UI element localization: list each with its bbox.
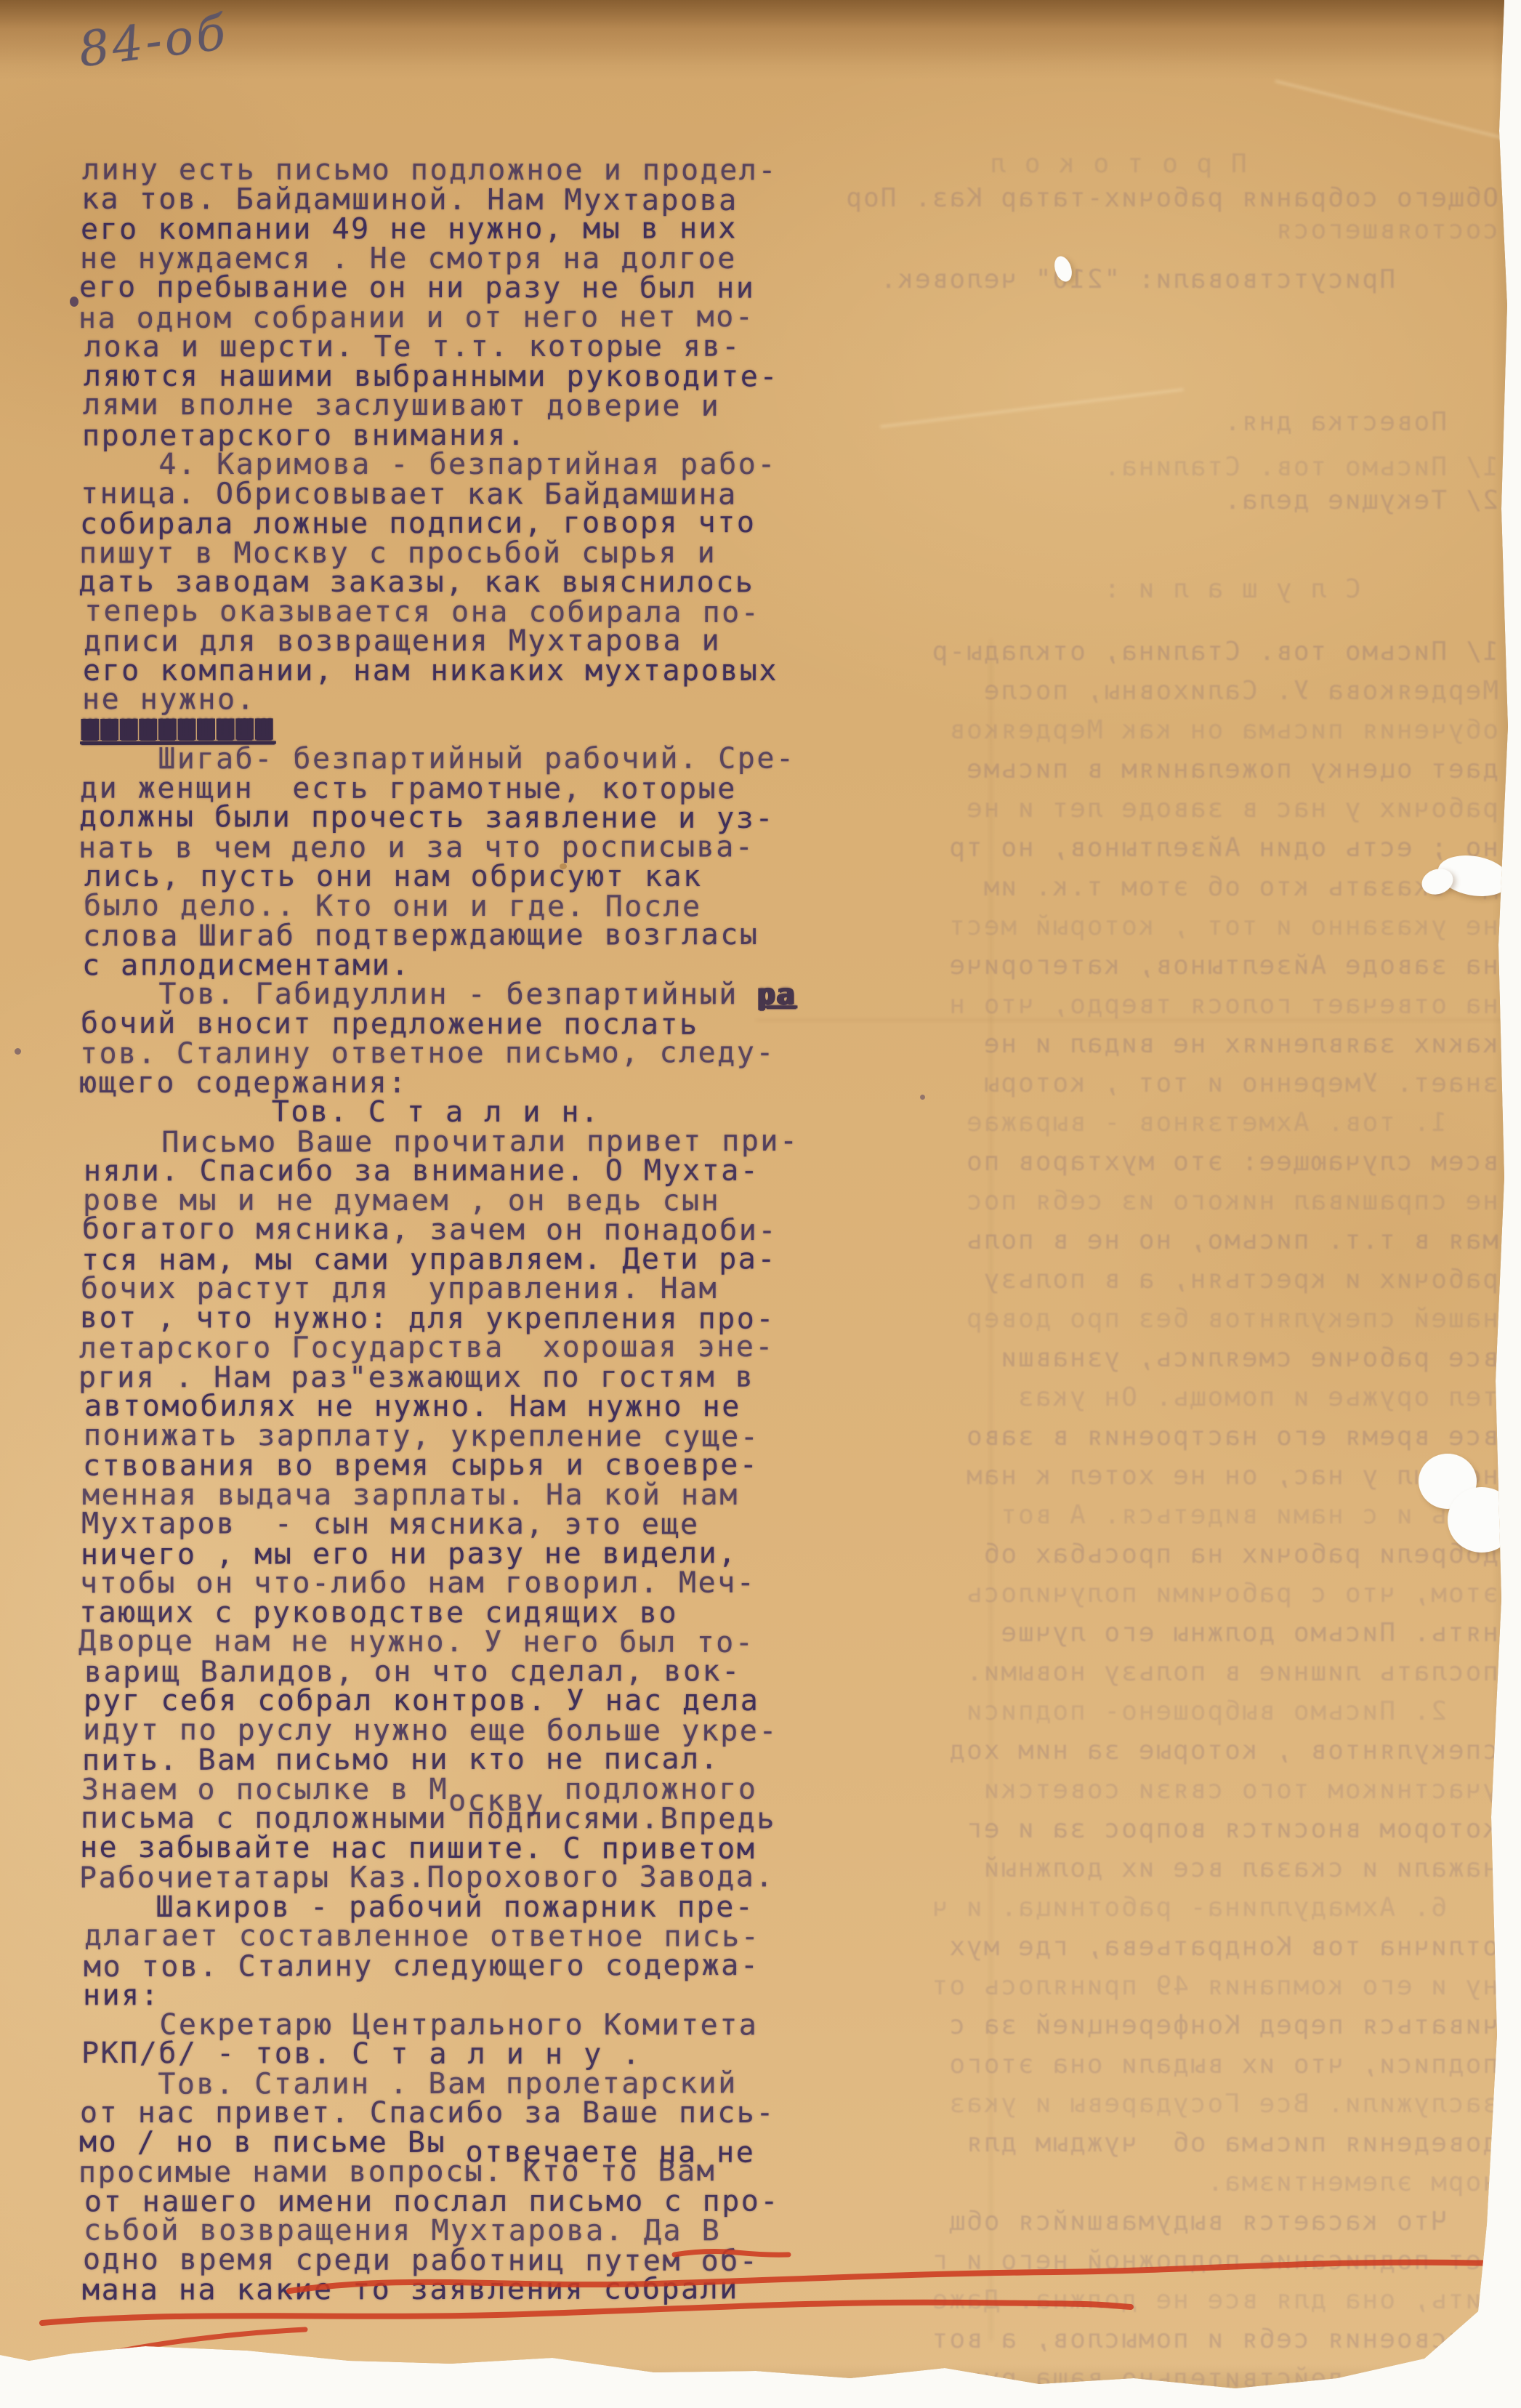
- bleedthrough-line: знает. Умеренно и тот , которы: [983, 1068, 1498, 1098]
- typed-text: няли. Спасибо за внимание. О Мухта-: [84, 1154, 759, 1188]
- typed-line: няли. Спасибо за внимание. О Мухта-: [84, 1156, 810, 1186]
- typed-line: понижать зарплату, укрепление суще-: [84, 1420, 810, 1451]
- typed-line: лями вполне заслушивают доверие и: [83, 390, 810, 422]
- bleedthrough-line: отлична тов Кондратьева, где мух: [948, 1932, 1498, 1962]
- bleedthrough-line: подписи, что их выдали она этого: [948, 2050, 1498, 2079]
- typed-line: мо / но в письме Вы отвечаете на не: [79, 2127, 806, 2158]
- typed-line: рове мы и не думаем , он ведь сын: [83, 1185, 810, 1215]
- typed-line: чтобы он что-либо нам говорил. Меч-: [80, 1569, 807, 1598]
- typed-line: ди женщин есть грамотные, которые: [80, 773, 807, 803]
- typed-line: ния:: [83, 1981, 810, 2010]
- vertical-crease: [990, 640, 992, 2340]
- horizontal-crease: [756, 1019, 1512, 1021]
- bleedthrough-line: каких заявлениях не видал и не: [983, 1029, 1498, 1059]
- bleedthrough-line: доведения письма об чуждым для: [965, 2128, 1498, 2158]
- typed-line: пить. Вам письмо ни кто не писал.: [82, 1744, 809, 1776]
- typed-line: слова Шигаб подтверждающие возгласы: [83, 920, 810, 951]
- corner-crease: [1275, 80, 1509, 140]
- typed-line: тся нам, мы сами управляем. Дети ра-: [81, 1244, 808, 1275]
- typed-line: Тов. Габидуллин - безпартийный ра: [81, 980, 808, 1010]
- bleedthrough-line: но ; есть один Айзелтынов, но тр: [948, 833, 1498, 863]
- bleedthrough-line: все время его настроения в заво: [965, 1422, 1498, 1451]
- typed-line: Тов. С т а л и н.: [78, 1097, 805, 1127]
- typed-line: его пребывание он ни разу не был ни: [79, 273, 806, 303]
- paper-bottom-shadow: [0, 2364, 1521, 2408]
- typed-text: ния:: [83, 1978, 160, 2012]
- typed-line: пролетарского внимания.: [82, 420, 809, 451]
- typed-line: 4. Каримова - безпартийная рабо-: [81, 450, 808, 480]
- bleedthrough-line: нет подписание подложной него и г: [931, 2246, 1498, 2276]
- bleedthrough-text: П р о т о к о лОбщего собрания рабочих-т…: [718, 0, 1517, 2408]
- typed-line: от нас привет. Спасибо за Ваше пись-: [80, 2098, 807, 2128]
- typed-line: Мухтаров - сын мясника, это еще: [81, 1509, 808, 1539]
- typed-text: мо тов. Сталину следующего содержа-: [84, 1948, 759, 1983]
- typed-line: мо тов. Сталину следующего содержа-: [84, 1950, 810, 1981]
- typed-text: руг себя собрал контров. У нас дела: [84, 1684, 759, 1718]
- typed-line: менная выдача зарплаты. На кой нам: [82, 1481, 809, 1510]
- typed-line: Секретарю Центрального Комитета: [82, 2010, 809, 2039]
- typed-line: мана на какие то заявления собрали: [82, 2274, 809, 2305]
- typed-text: лись, пусть они нам обрисуют как: [84, 860, 703, 893]
- typed-line: на одном собрании и от него нет мо-: [78, 302, 805, 333]
- bleedthrough-line: не указанно и тот , который мест: [948, 911, 1498, 941]
- typed-line: богатого мясника, зачем он понадоби-: [82, 1215, 809, 1246]
- typed-line: ствования во время сырья и своевре-: [83, 1450, 810, 1481]
- typed-text-column: лину есть письмо подложное и продел-ка т…: [81, 156, 808, 2305]
- typed-line: Знаем о посылке в Москву подложного: [81, 1774, 808, 1804]
- typed-text: мо / но в письме Вы: [79, 2125, 466, 2159]
- bleedthrough-line: присвоения себя и помыслов, а вот: [931, 2324, 1498, 2354]
- bleedthrough-line: Присутствовали: "210" человек.: [879, 265, 1498, 294]
- typed-line: Рабочиетатары Каз.Порохового Завода.: [79, 1862, 806, 1893]
- typed-line: руг себя собрал контров. У нас дела: [84, 1686, 810, 1716]
- bleedthrough-line: нажали и сказал все их должный: [983, 1853, 1498, 1883]
- typed-line: с аплодисментами.: [82, 950, 809, 980]
- bleedthrough-line: дать и с нами видеться. А вот: [999, 1500, 1498, 1530]
- typed-line: ющего содержания:: [79, 1068, 806, 1098]
- typed-line: ляются нашими выбранными руководите-: [84, 361, 810, 391]
- typed-line: ргия . Нам раз"езжающих по гостям в: [78, 1362, 805, 1392]
- bleedthrough-line: тел оружье и помощь. Он указ: [1017, 1382, 1498, 1412]
- typed-line: варищ Валидов, он что сделал, вок-: [84, 1656, 811, 1687]
- typed-text: лями вполне заслушивают доверие и: [83, 388, 720, 423]
- typed-text: лока и шерсти. Те т.т. которые яв-: [84, 330, 741, 364]
- bleedthrough-line: ну и его компания 49 принялось от: [931, 1971, 1498, 2001]
- typed-line: письма с подложными подписями.Впредь: [81, 1804, 807, 1834]
- typed-text: подложного: [545, 1772, 757, 1805]
- bleedthrough-line: нять. Письмо должны его лучше: [999, 1618, 1498, 1648]
- typed-line: летарского Государства хорошая эне-: [79, 1332, 806, 1364]
- paper-stain-speck: [560, 863, 567, 869]
- bleedthrough-line: Мердеякова У. Салиховны, после: [983, 676, 1498, 706]
- typed-text: мана на какие то заявления собрали: [82, 2272, 739, 2306]
- ink-speck: [920, 1095, 925, 1100]
- bleedthrough-line: на отвечает голося твердо, что н: [948, 990, 1498, 1020]
- typed-line: лину есть письмо подложное и продел-: [82, 156, 809, 185]
- bleedthrough-line: рабочих и крестьян, а в пользу: [983, 1265, 1498, 1294]
- bleedthrough-line: 1. тов. Ахметзянов - выражае: [965, 1108, 1498, 1137]
- bleedthrough-line: чиваться перед Конференцией за с: [948, 2010, 1498, 2040]
- typed-line: теперь оказывается она собирала по-: [84, 596, 811, 627]
- bleedthrough-line: рабочих у нас в заводе лет и не: [965, 794, 1498, 824]
- bleedthrough-line: спекулянтов , которые за ним ход: [948, 1736, 1498, 1765]
- typed-line: ка тов. Байдамшиной. Нам Мухтарова: [81, 184, 808, 215]
- typed-line: ШШШШШШШШШШ: [81, 714, 808, 745]
- bleedthrough-line: не спрашивал никого из себя пос: [965, 1186, 1498, 1216]
- typed-line: тающих с руководстве сидящих во: [79, 1598, 806, 1627]
- bleedthrough-line: норм элементизма.: [1206, 2167, 1498, 2197]
- typed-line: пишут в Москву с просьбой сырья и: [79, 538, 806, 568]
- bleedthrough-line: послать лишние в пользу новыми.: [965, 1657, 1498, 1687]
- typed-text: Шигаб- безпартийный рабочий. Сре-: [81, 742, 796, 776]
- bleedthrough-line: обучения письма он как Мердеяков: [948, 715, 1498, 745]
- scanned-archive-sheet: { "meta": { "folio_note": "84-об", "desc…: [0, 0, 1521, 2408]
- typed-line: было дело.. Кто они и где. После: [84, 891, 810, 922]
- typed-line: лись, пусть они нам обрисуют как: [84, 862, 811, 892]
- typed-line: не нуждаемся . Не смотря на долгое: [80, 244, 807, 274]
- ink-speck: [15, 1048, 21, 1055]
- typed-line: ничего , мы его ни разу не видели,: [81, 1538, 807, 1569]
- typed-line: автомобилях не нужно. Нам нужно не: [84, 1392, 811, 1422]
- document-page: 84-об лину есть письмо подложное и проде…: [0, 0, 1521, 2408]
- bleedthrough-line: мая в т.т. письмо, но не в поль: [965, 1225, 1498, 1255]
- bleedthrough-line: 1/ Письмо тов. Сталина.: [1103, 452, 1499, 482]
- bleedthrough-line: все рабочие смеялись, узнавши: [999, 1343, 1498, 1373]
- typed-line: от нашего имени послал письмо с про-: [84, 2186, 811, 2216]
- typed-line: длагает составленное ответное пись-: [84, 1921, 811, 1952]
- typed-line: должны были прочесть заявление и уз-: [79, 802, 806, 834]
- typed-line: просимые нами вопросы. Кто то Вам: [78, 2157, 805, 2188]
- typed-text: от нас привет. Спасибо за Ваше пись-: [80, 2096, 775, 2130]
- bleedthrough-line: П р о т о к о л: [718, 149, 1517, 179]
- typed-line: идут по руслу нужно еще больше укре-: [83, 1715, 810, 1746]
- typed-line: его компании, нам никаких мухтаровых: [83, 656, 810, 686]
- bleedthrough-line: нашей спекулянтов без про довер: [965, 1304, 1498, 1334]
- bleedthrough-line: С л у ш а л и :: [1103, 574, 1499, 604]
- bleedthrough-line: до сказать кто об этом т.к. им: [983, 872, 1498, 902]
- typed-line: собирала ложные подписи, говоря что: [80, 508, 807, 539]
- typed-text: чтобы он что-либо нам говорил. Меч-: [80, 1566, 756, 1600]
- bleedthrough-line: состоявшегося: [1275, 215, 1498, 245]
- typed-line: не забывайте нас пишите. С приветом: [80, 1832, 807, 1864]
- typed-text: бочих растут для управления. Нам: [81, 1272, 718, 1305]
- bleedthrough-line: всем случающее: это мухтаров по: [965, 1147, 1498, 1177]
- typed-line: Дворце нам не нужно. У него был то-: [78, 1627, 805, 1658]
- paper-right-shadow: [1492, 0, 1521, 2408]
- mid-crease: [880, 388, 1183, 427]
- bleedthrough-line: дить, она для все не должна. Даже: [931, 2285, 1498, 2315]
- bleedthrough-line: 2. Письмо выброшено- подписи: [965, 1696, 1498, 1726]
- bleedthrough-line: 2/ Текущие дела.: [1223, 486, 1498, 515]
- typed-line: Шигаб- безпартийный рабочий. Сре-: [81, 744, 807, 774]
- bleedthrough-line: 1/ Письмо тов. Сталина, отклады-р: [931, 637, 1498, 667]
- typed-text: Тов. С т а л и н.: [78, 1095, 600, 1129]
- bleedthrough-line: этом, что с рабочими получилось: [965, 1579, 1498, 1608]
- bleedthrough-line: Повестка дня.: [1223, 407, 1498, 437]
- typed-line: тов. Сталину ответное письмо, следу-: [80, 1038, 807, 1068]
- typed-text: 4. Каримова - безпартийная рабо-: [81, 448, 777, 481]
- typed-line: сьбой возвращения Мухтарова. Да В: [84, 2216, 810, 2246]
- bleedthrough-line: Общего собрания рабочих-татар Каз. Пор: [844, 183, 1498, 213]
- bleedthrough-line: заслужили. Все Государевы и указ: [948, 2089, 1498, 2119]
- red-flourish: [102, 2330, 305, 2355]
- typed-line: Письмо Ваше прочитали привет при-: [84, 1126, 811, 1157]
- typed-line: его компании 49 не нужно, мы в них: [81, 214, 807, 244]
- bleedthrough-line: на заводе Айзелтынов, категориче: [948, 951, 1498, 980]
- typed-line: не нужно.: [82, 685, 809, 715]
- bleedthrough-line: дает оценку пожеланиям в письме: [965, 754, 1498, 784]
- typed-line: РКП/б/ - тов. С т а л и н у .: [81, 2039, 808, 2070]
- typed-line: Шакиров - рабочий пожарник пре-: [78, 1893, 805, 1922]
- typed-line: тница. Обрисовывает как Байдамшина: [81, 479, 807, 510]
- typed-line: дать заводам заказы, как выяснилось: [78, 568, 805, 597]
- typed-line: лока и шерсти. Те т.т. которые яв-: [84, 332, 811, 362]
- typed-line: бочих растут для управления. Нам: [81, 1274, 807, 1304]
- small-puncture-hole: [1052, 254, 1075, 283]
- typed-line: вот , что нужно: для укрепления про-: [80, 1303, 807, 1334]
- bleedthrough-line: котором вносится вопрос за и ег: [965, 1814, 1498, 1844]
- overstruck-text: ра: [757, 978, 796, 1011]
- typed-line: Тов. Сталин . Вам пролетарский: [81, 2069, 807, 2099]
- ink-speck: [70, 297, 78, 307]
- bleedthrough-line: добрели рабочих на просьбах об: [983, 1539, 1498, 1569]
- typed-text: Мухтаров - сын мясника, это еще: [81, 1507, 700, 1541]
- typed-text: слова Шигаб подтверждающие возгласы: [83, 918, 759, 953]
- bleedthrough-line: участником того связи советски: [983, 1775, 1498, 1805]
- typed-line: бочий вносит предложение послать: [81, 1008, 807, 1039]
- typed-line: нать в чем дело и за что росписыва-: [78, 832, 805, 863]
- typed-text: не нужно.: [82, 682, 256, 716]
- bleedthrough-line: 6. Ахмадуллина- работница. и ч: [931, 1893, 1498, 1922]
- typed-line: одно время среди работниц путем об-: [83, 2244, 810, 2276]
- typed-text: РКП/б/ - тов. С т а л и н у .: [81, 2037, 642, 2071]
- bleedthrough-line: Что касается выдумавшийся общ: [948, 2207, 1498, 2236]
- typed-line: дписи для возвращения Мухтарова и: [84, 626, 810, 656]
